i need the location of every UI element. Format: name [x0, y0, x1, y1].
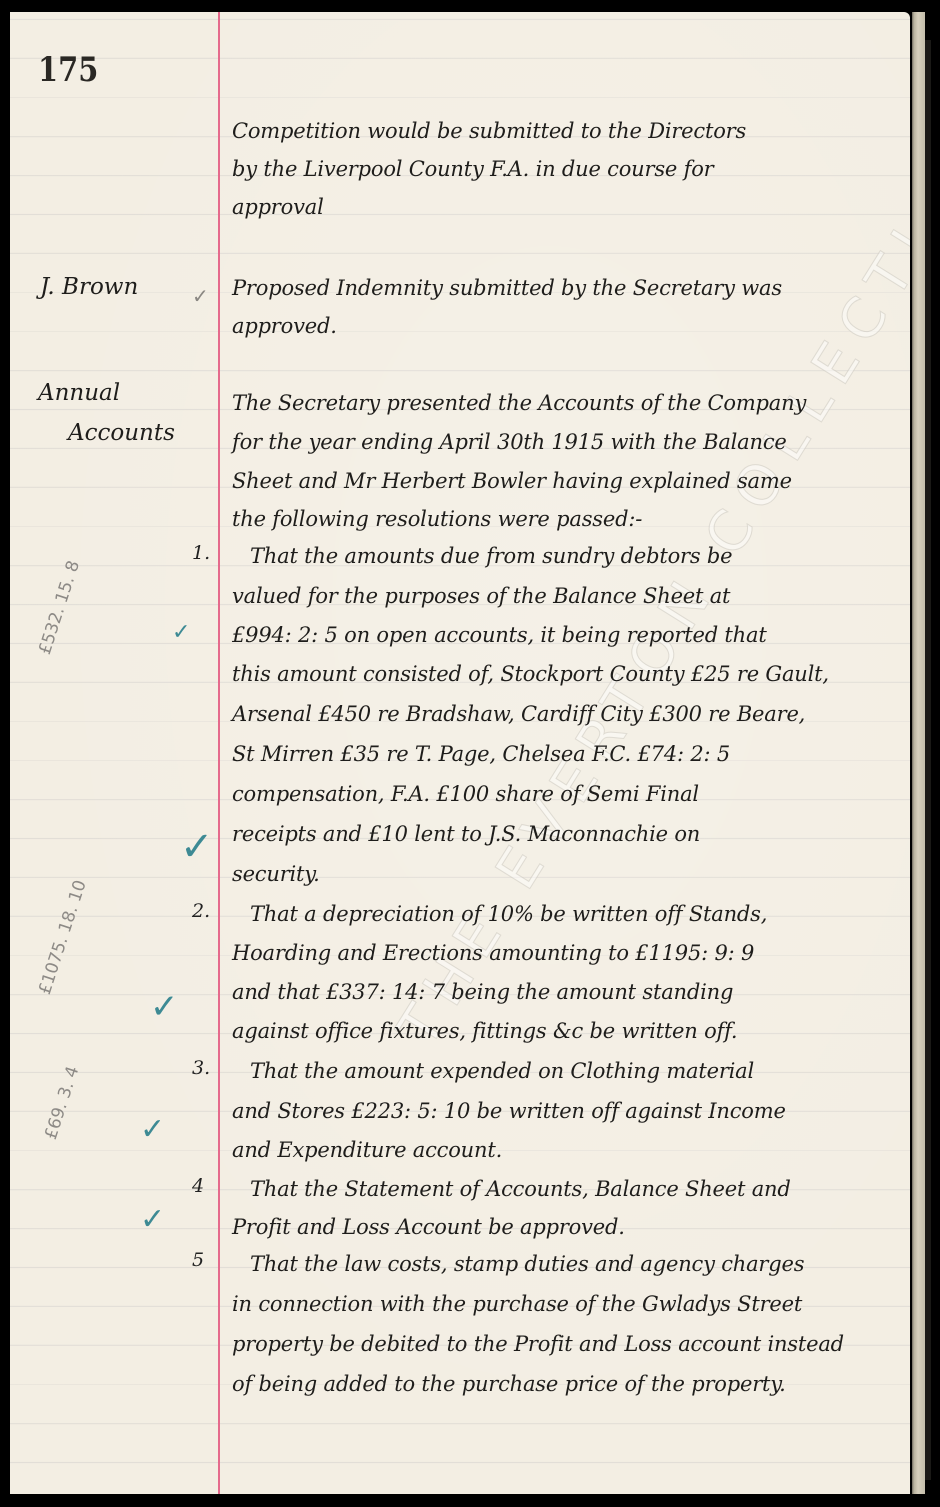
ledger-page: THE EVERTON COLLECTION 175 J. Brown Annu… — [10, 12, 910, 1494]
body-line: by the Liverpool County F.A. in due cour… — [232, 157, 713, 181]
body-line: and that £337: 14: 7 being the amount st… — [232, 980, 733, 1004]
body-line: this amount consisted of, Stockport Coun… — [232, 662, 829, 686]
check-mark-icon: ✓ — [192, 284, 209, 308]
body-line: valued for the purposes of the Balance S… — [232, 584, 730, 608]
body-line: Sheet and Mr Herbert Bowler having expla… — [232, 469, 792, 493]
body-line: That the amount expended on Clothing mat… — [250, 1059, 754, 1083]
check-mark-icon: ✓ — [180, 824, 214, 870]
margin-heading-accounts: Accounts — [68, 420, 175, 446]
page-number: 175 — [38, 50, 98, 90]
body-line: Hoarding and Erections amounting to £119… — [232, 941, 754, 965]
red-margin-rule — [218, 12, 220, 1494]
check-mark-icon: ✓ — [140, 1112, 165, 1147]
body-line: Profit and Loss Account be approved. — [232, 1215, 625, 1239]
body-line: of being added to the purchase price of … — [232, 1372, 786, 1396]
pencil-note-clothing: £69. 3. 4 — [41, 1064, 83, 1142]
body-line: That the law costs, stamp duties and age… — [250, 1252, 804, 1276]
margin-heading-brown: J. Brown — [40, 274, 138, 300]
body-line: the following resolutions were passed:- — [232, 507, 642, 531]
check-mark-icon: ✓ — [172, 620, 190, 645]
body-line: That a depreciation of 10% be written of… — [250, 902, 767, 926]
check-mark-icon: ✓ — [150, 987, 179, 1027]
body-line: property be debited to the Profit and Lo… — [232, 1332, 844, 1356]
body-line: approved. — [232, 314, 337, 338]
body-line: receipts and £10 lent to J.S. Maconnachi… — [232, 822, 700, 846]
resolution-number-2: 2. — [192, 900, 210, 922]
margin-heading-annual: Annual — [38, 380, 120, 406]
resolution-number-1: 1. — [192, 542, 210, 564]
pencil-note-depreciation: £1075. 18. 10 — [35, 878, 91, 997]
body-line: security. — [232, 862, 320, 886]
body-line: and Expenditure account. — [232, 1138, 502, 1162]
pencil-note-debtors: £532. 15. 8 — [35, 558, 84, 657]
resolution-number-3: 3. — [192, 1057, 210, 1079]
book-spine-edge — [912, 12, 925, 1494]
book-binding — [925, 40, 931, 1480]
body-line: compensation, F.A. £100 share of Semi Fi… — [232, 782, 699, 806]
body-line: £994: 2: 5 on open accounts, it being re… — [232, 623, 767, 647]
body-line: Proposed Indemnity submitted by the Secr… — [232, 276, 782, 300]
resolution-number-5: 5 — [192, 1249, 204, 1271]
body-line: St Mirren £35 re T. Page, Chelsea F.C. £… — [232, 742, 730, 766]
body-line: Competition would be submitted to the Di… — [232, 119, 746, 143]
body-line: and Stores £223: 5: 10 be written off ag… — [232, 1099, 786, 1123]
body-line: for the year ending April 30th 1915 with… — [232, 430, 787, 454]
resolution-number-4: 4 — [192, 1175, 204, 1197]
body-line: approval — [232, 195, 324, 219]
check-mark-icon: ✓ — [140, 1202, 165, 1237]
body-line: The Secretary presented the Accounts of … — [232, 391, 806, 415]
body-line: against office fixtures, fittings &c be … — [232, 1019, 737, 1043]
body-line: That the amounts due from sundry debtors… — [250, 544, 732, 568]
body-line: in connection with the purchase of the G… — [232, 1292, 802, 1316]
body-line: That the Statement of Accounts, Balance … — [250, 1177, 791, 1201]
body-line: Arsenal £450 re Bradshaw, Cardiff City £… — [232, 702, 805, 726]
